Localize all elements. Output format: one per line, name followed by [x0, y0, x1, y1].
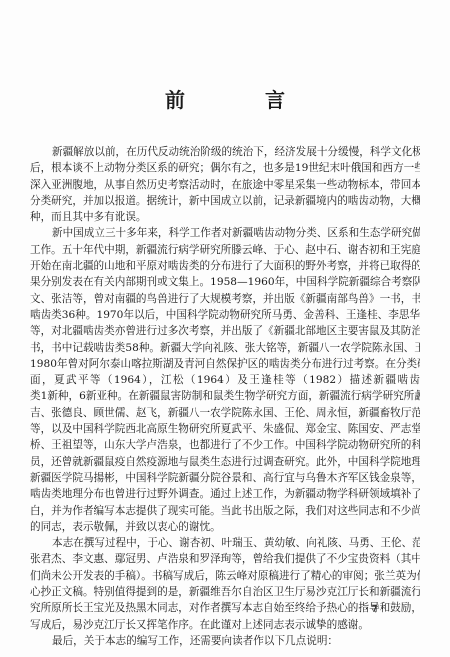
- document-page: 前言 新疆解放以前，在历代反动统治阶级的统治下，经济发展十分缓慢，科学文化极端落…: [0, 0, 450, 657]
- text-line: 后，根本谈不上动物分类区系的研究；偶尔有之，也多是19世纪末叶俄国和西方一些探险…: [30, 160, 420, 176]
- text-line: 新中国成立三十多年来，科学工作者对新疆啮齿动物分类、区系和生态学研究做了大量: [30, 225, 420, 241]
- text-line: 心抄正文稿。特别值得提到的是，新疆维吾尔自治区卫生厅易沙克江厅长和新疆流行病学研: [30, 584, 420, 600]
- text-line: 的同志，表示敬佩，并致以衷心的谢忱。: [30, 519, 420, 535]
- text-line: 最后，关于本志的编写工作，还需要向读者作以下几点说明：: [30, 633, 420, 649]
- text-line: 开始在南北疆的山地和平原对啮齿类的分布进行了大面积的野外考察，并将已取得的部分成: [30, 258, 420, 274]
- page-title: 前言: [0, 84, 450, 113]
- title-char-1: 前: [165, 84, 185, 113]
- text-line: 写成后，易沙克江厅长又挥笔作序。在此谨对上述同志表示诚挚的感谢。: [30, 617, 420, 633]
- text-line: 桥、王祖望等，山东大学卢浩泉，也都进行了不少工作。中国科学院动物研究所的科研人: [30, 437, 420, 453]
- text-line: 文、张洁等，曾对南疆的鸟兽进行了大规模考察，并出版《新疆南部鸟兽》一书，书中开列: [30, 291, 420, 307]
- text-line: 吉、张德良、顾世儒、赵飞，新疆八一农学院陈永国、王伦、周永恒，新疆畜牧厅范福来: [30, 405, 420, 421]
- text-line: 等，对北疆啮齿类亦曾进行过多次考察，并出版了《新疆北部地区主要害鼠及其防治》一: [30, 323, 420, 339]
- text-line: 果分别发表在有关内部期刊或文集上。1958—1960年，中国科学院新疆综合考察队…: [30, 274, 420, 290]
- text-line: 啮齿类地理分布也曾进行过野外调查。通过上述工作，为新疆动物学科研领域填补了大量空: [30, 486, 420, 502]
- text-line: 等，以及中国科学院西北高原生物研究所夏武平、朱盛侃、郑金宝、陈国安、严志堂、何新: [30, 421, 420, 437]
- text-line: 张君杰、李文惠、鄢冠男、卢浩泉和罗泽珣等，曾给我们提供了不少宝贵资料（其中包括他: [30, 551, 420, 567]
- text-line: 种，而且其中多有讹误。: [30, 209, 420, 225]
- text-line: 深入亚洲腹地，从事自然历史考察活动时，在旅途中零星采集一些动物标本，带回本国进行: [30, 177, 420, 193]
- title-char-2: 言: [265, 84, 285, 113]
- text-line: 新疆医学院马揚彬，中国科学院新疆分院谷景和、高行宜与乌鲁木齐军区钱金泉等，对新疆: [30, 470, 420, 486]
- text-line: 面，夏武平等（1964），江松（1964）及王逢桂等（1982）描述新疆啮齿: [30, 372, 420, 388]
- text-line: 1980年曾对阿尔泰山喀拉斯湖及青河自然保护区的啮齿类分布进行过考察。在分类研究…: [30, 356, 420, 372]
- text-line: 白，并为作者编写本志提供了现实可能。当此书出版之际，我们对这些同志和不少尚未提到: [30, 503, 420, 519]
- text-line: 新疆解放以前，在历代反动统治阶级的统治下，经济发展十分缓慢，科学文化极端落: [30, 144, 420, 160]
- text-line: 啮齿类36种。1970年以后，中国科学院动物研究所马勇、金善科、王逢桂、李思华、…: [30, 307, 420, 323]
- text-line: 分类研究，并加以报道。据统计，新中国成立以前，记录新疆境内的啮齿动物，大概不到2…: [30, 193, 420, 209]
- text-line: 类1新种，6新亚种。在新疆鼠害防制和鼠类生物学研究方面，新疆流行病学研究所蠡广: [30, 388, 420, 404]
- text-line: 本志在撰写过程中，于心、谢杏初、叶瑞玉、黄幼敏、向礼陔、马勇、王伦、范福来、: [30, 535, 420, 551]
- text-line: 们尚未公开发表的手稿）。书稿写成后，陈云峰对原稿进行了精心的审阅；张兰英为作者精: [30, 568, 420, 584]
- text-line: 究所原所长王宝光及热黑木同志，对作者撰写本志自始至终给予热心的指导和鼓励，在书稿: [30, 600, 420, 616]
- text-line: 员，还曾就新疆鼠疫自然疫源地与鼠类生态进行过调查研究。此外，中国科学院地理研究所…: [30, 454, 420, 470]
- preface-body: 新疆解放以前，在历代反动统治阶级的统治下，经济发展十分缓慢，科学文化极端落后，根…: [30, 144, 420, 649]
- text-line: 书，书中记载啮齿类58种。新疆大学向礼陔、张大铭等，新疆八一农学院陈永国、王伦等…: [30, 340, 420, 356]
- text-line: 工作。五十年代中期，新疆流行病学研究所滕云峰、于心、赵中石、谢杏初和王宪庭等首先: [30, 242, 420, 258]
- page-number: · 7 ·: [365, 604, 384, 615]
